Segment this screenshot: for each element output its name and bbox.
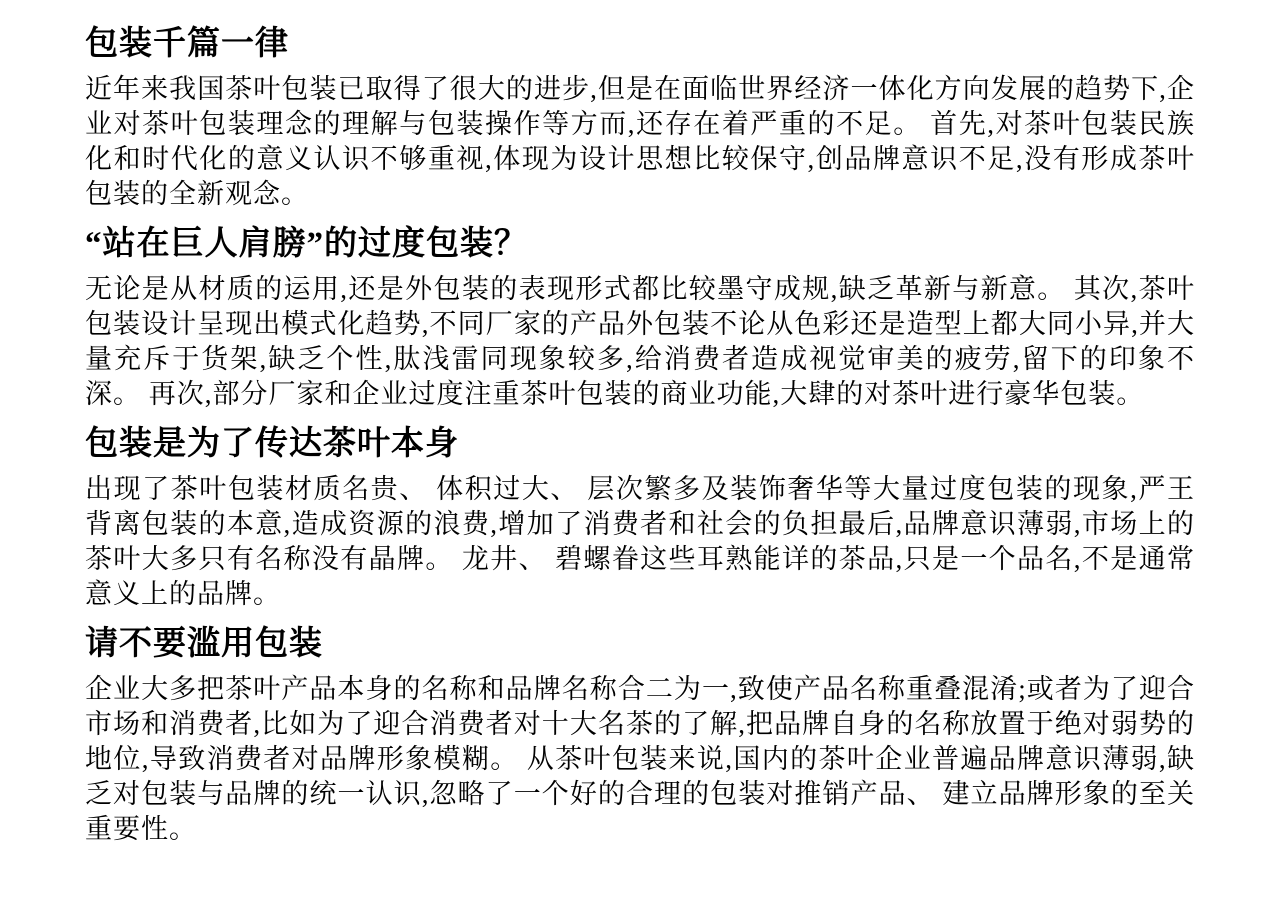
section-heading: “站在巨人肩膀”的过度包装？: [85, 224, 1195, 264]
section-heading: 包装千篇一律: [85, 24, 1195, 64]
section-uniform-packaging: 包装千篇一律 近年来我国茶叶包装已取得了很大的进步,但是在面临世界经济一体化方向…: [85, 24, 1195, 212]
section-do-not-abuse-packaging: 请不要滥用包装 企业大多把茶叶产品本身的名称和品牌名称合二为一,致使产品名称重叠…: [85, 624, 1195, 847]
section-packaging-conveys-tea: 包装是为了传达茶叶本身 出现了茶叶包装材质名贵、 体积过大、 层次繁多及装饰奢华…: [85, 424, 1195, 612]
section-paragraph: 无论是从材质的运用,还是外包装的表现形式都比较墨守成规,缺乏革新与新意。 其次,…: [85, 272, 1195, 412]
section-paragraph: 企业大多把茶叶产品本身的名称和品牌名称合二为一,致使产品名称重叠混淆;或者为了迎…: [85, 672, 1195, 847]
section-heading: 包装是为了传达茶叶本身: [85, 424, 1195, 464]
section-heading: 请不要滥用包装: [85, 624, 1195, 664]
section-excessive-packaging: “站在巨人肩膀”的过度包装？ 无论是从材质的运用,还是外包装的表现形式都比较墨守…: [85, 224, 1195, 412]
section-paragraph: 近年来我国茶叶包装已取得了很大的进步,但是在面临世界经济一体化方向发展的趋势下,…: [85, 72, 1195, 212]
document-page: 包装千篇一律 近年来我国茶叶包装已取得了很大的进步,但是在面临世界经济一体化方向…: [0, 0, 1280, 905]
section-paragraph: 出现了茶叶包装材质名贵、 体积过大、 层次繁多及装饰奢华等大量过度包装的现象,严…: [85, 472, 1195, 612]
